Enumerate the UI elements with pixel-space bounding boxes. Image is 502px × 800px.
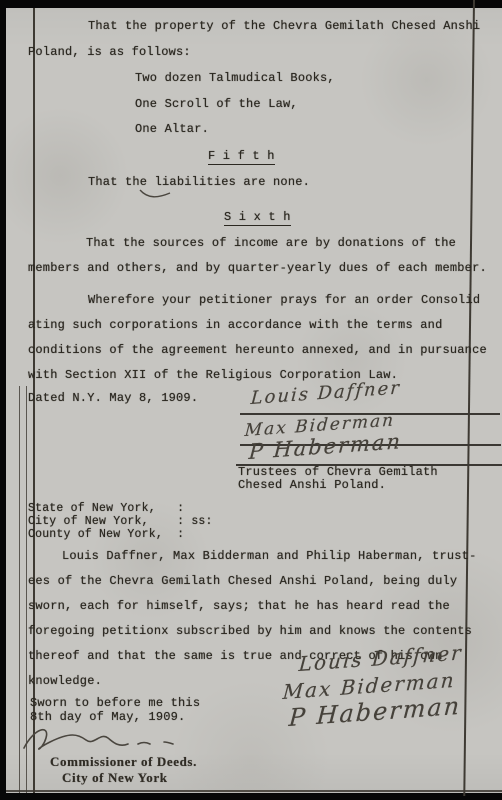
property-paragraph-line1: That the property of the Chevra Gemilath…	[88, 18, 480, 34]
affidavit-line2: ees of the Chevra Gemilath Chesed Anshi …	[28, 573, 457, 589]
right-margin-rule	[463, 0, 474, 796]
property-item-altar: One Altar.	[135, 121, 209, 137]
scanned-petition-page: That the property of the Chevra Gemilath…	[0, 0, 502, 800]
affidavit-line6: knowledge.	[28, 673, 102, 689]
dated-line: Dated N.Y. May 8, 1909.	[28, 390, 198, 406]
property-item-scroll: One Scroll of the Law,	[135, 96, 298, 112]
venue-state: State of New York, :	[28, 502, 184, 515]
wherefore-line1: Wherefore your petitioner prays for an o…	[88, 292, 480, 308]
pen-mark	[138, 188, 172, 200]
bottom-rule	[6, 790, 502, 792]
jurat-line1: Sworn to before me this	[30, 696, 200, 710]
property-item-books: Two dozen Talmudical Books,	[135, 70, 335, 86]
heading-fifth: F i f t h	[208, 148, 275, 164]
sixth-line2: members and others, and by quarter-yearl…	[28, 260, 487, 276]
commissioner-title-line2: City of New York	[62, 770, 168, 786]
wherefore-line3: conditions of the agreement hereunto ann…	[28, 342, 487, 358]
heading-sixth: S i x t h	[224, 209, 291, 225]
affidavit-line4: foregoing petitionx subscribed by him an…	[28, 623, 472, 639]
scan-edge-top	[0, 0, 502, 8]
fifth-text: That the liabilities are none.	[88, 174, 310, 190]
trustees-caption-line2: Chesed Anshi Poland.	[238, 479, 386, 492]
notary-signature-scrawl	[20, 718, 190, 758]
commissioner-title-line1: Commissioner of Deeds.	[50, 754, 197, 770]
sixth-line1: That the sources of income are by donati…	[86, 235, 456, 251]
affidavit-line3: sworn, each for himself, says; that he h…	[28, 598, 450, 614]
scan-edge-bottom	[0, 793, 502, 800]
affidavit-line1: Louis Daffner, Max Bidderman and Philip …	[62, 548, 476, 564]
property-paragraph-line2: Poland, is as follows:	[28, 44, 191, 60]
venue-city: City of New York, : ss:	[28, 515, 213, 528]
wherefore-line2: ating such corporations in accordance wi…	[28, 317, 442, 333]
scan-edge-left	[0, 0, 6, 800]
venue-county: County of New York, :	[28, 528, 184, 541]
